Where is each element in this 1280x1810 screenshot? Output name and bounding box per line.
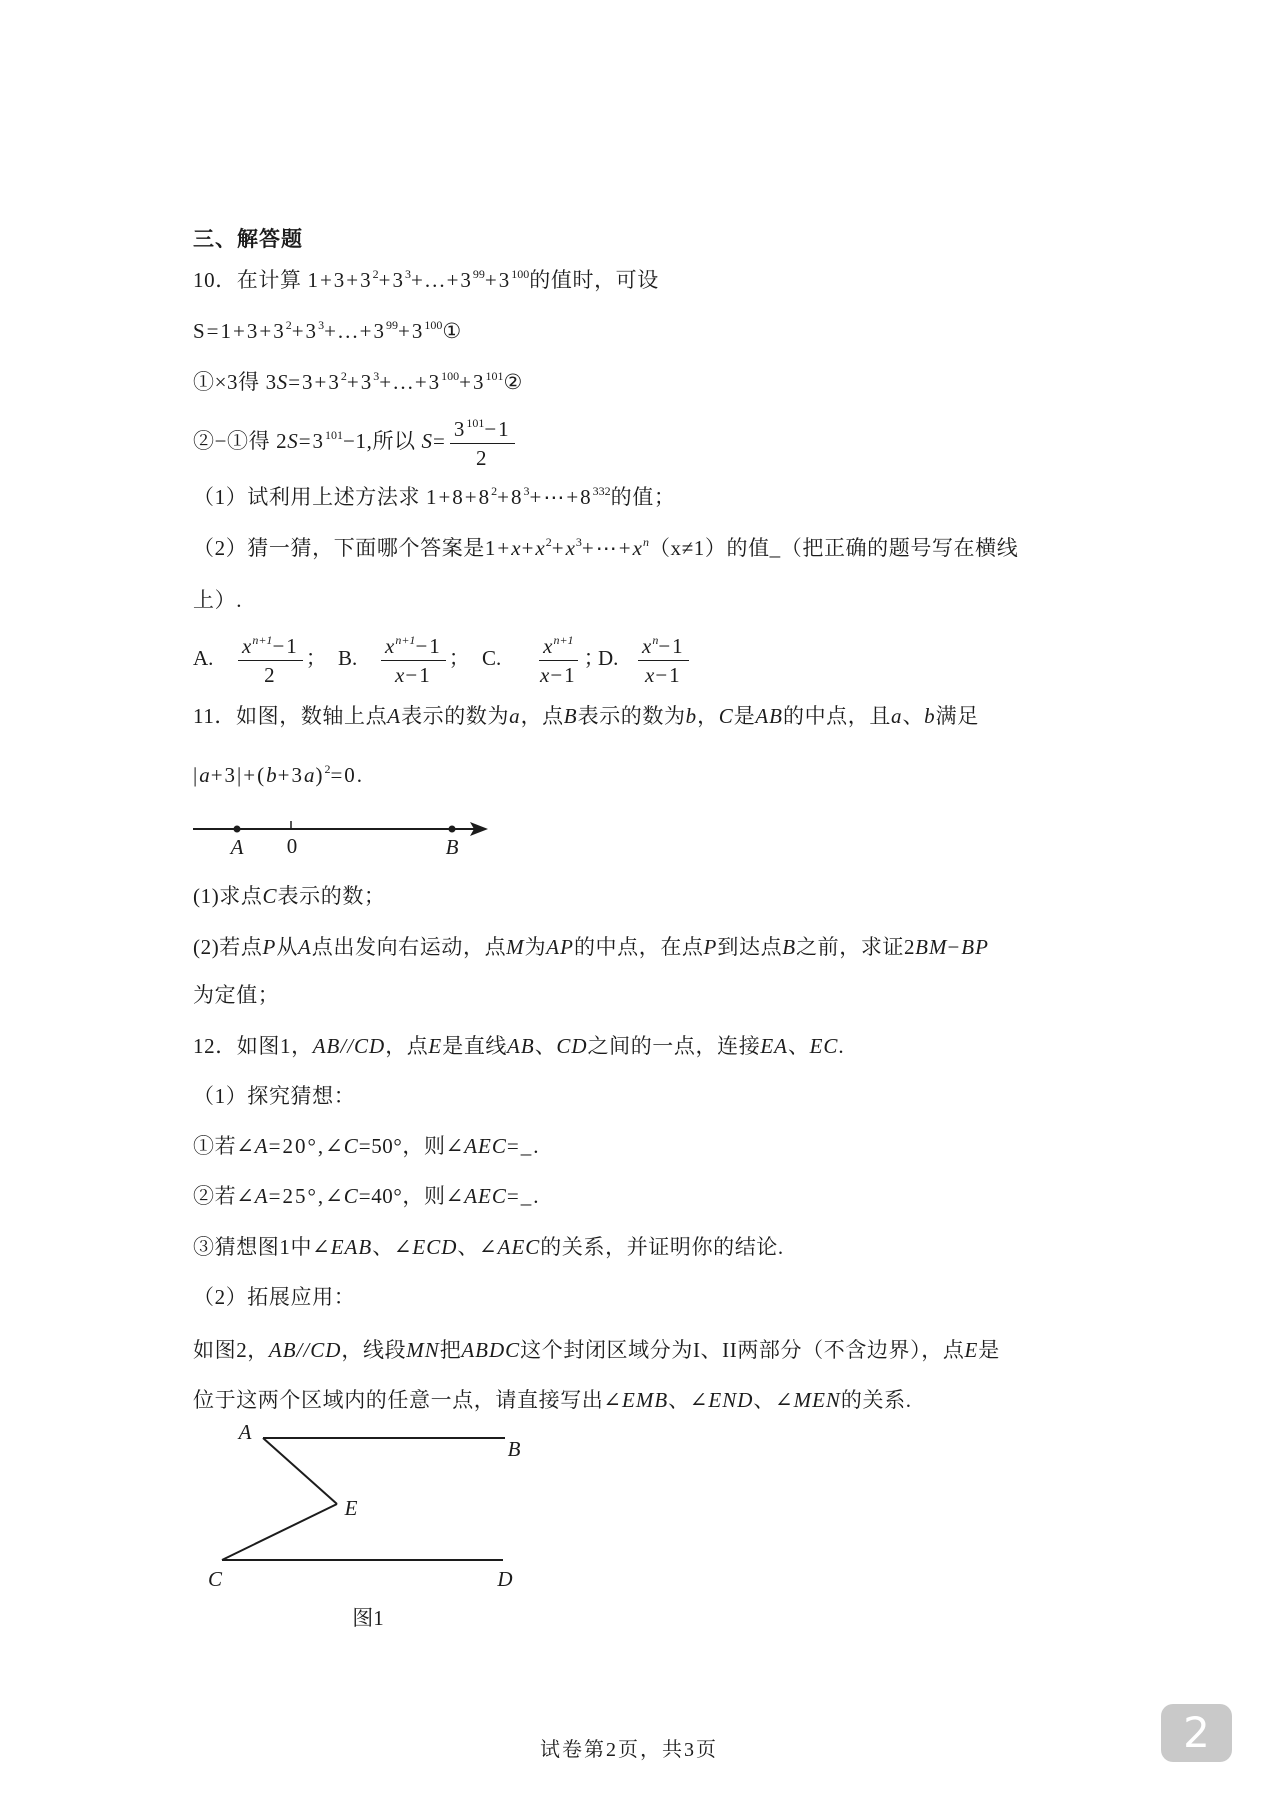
point-b-label: B (446, 835, 459, 859)
math-variable: x (566, 536, 576, 560)
point-a-dot (234, 826, 241, 833)
math-variable: S (422, 429, 434, 453)
fraction-denominator: x−1 (641, 661, 686, 689)
fraction-numerator: xn+1 (539, 632, 577, 661)
text-segment: 点出发向右运动，点 (312, 935, 506, 959)
math-segment: =_. (507, 1184, 541, 1208)
math-segment: −1 (405, 663, 431, 687)
math-segment: +...+3 (324, 319, 386, 343)
label-e: E (344, 1496, 358, 1520)
text-segment: ，线段 (341, 1338, 406, 1362)
text-segment: 12．如图1， (193, 1034, 313, 1058)
option-label: D. (598, 624, 635, 692)
math-variable: x (385, 634, 395, 658)
fraction-numerator: xn−1 (638, 632, 689, 661)
text-segment: 的关系，并证明你的结论. (540, 1235, 783, 1259)
math-segment: +3 (485, 268, 511, 292)
page-number-badge: 2 (1161, 1704, 1232, 1762)
math-variable: ∠A (236, 1184, 268, 1208)
math-variable: b (924, 704, 936, 728)
math-variable: S (287, 429, 299, 453)
math-variable: a (199, 763, 211, 787)
option-label: A. (193, 624, 235, 692)
label-c: C (208, 1567, 223, 1591)
text-segment: =50°，则 (359, 1134, 446, 1158)
math-segment: =0. (330, 763, 364, 787)
math-variable: x (540, 663, 550, 687)
q11-part-1: (1)求点C表示的数； (193, 881, 386, 911)
math-variable: AP (546, 935, 574, 959)
text-segment: . (838, 1034, 844, 1058)
text-segment: 、 (788, 1034, 810, 1058)
q11-intro-line: 11．如图，数轴上点A表示的数为a，点B表示的数为b，C是AB的中点，且a、b满… (193, 701, 979, 731)
option-b: B.xn+1−1x−1； (338, 624, 470, 692)
q11-part-2: (2)若点P从A点出发向右运动，点M为AP的中点，在点P到达点B之前，求证2BM… (193, 932, 989, 962)
math-segment: − (947, 935, 961, 959)
q12-part-2-line-2: 位于这两个区域内的任意一点，请直接写出∠EMB、∠END、∠MEN的关系. (193, 1385, 912, 1415)
math-variable: a (304, 763, 316, 787)
fraction: 3101−12 (450, 415, 515, 472)
q12-part-1-heading: （1）探究猜想： (193, 1081, 355, 1111)
math-variable: x (543, 634, 553, 658)
fraction-numerator: xn+1−1 (238, 632, 303, 661)
text-segment: 表示的数为 (578, 704, 686, 728)
math-variable: a (509, 704, 521, 728)
math-variable: BP (961, 935, 989, 959)
exponent: 99 (473, 267, 485, 281)
exponent: 99 (386, 318, 398, 332)
q10-equation-1: S=1+3+32+33+...+399+3100① (193, 316, 462, 346)
text-segment: （2）猜一猜，下面哪个答案是 (193, 536, 485, 560)
math-variable: B (782, 935, 796, 959)
fraction-numerator: 3101−1 (450, 415, 515, 444)
label-b: B (508, 1437, 521, 1461)
math-segment: =20°, (269, 1134, 326, 1158)
math-variable: M (506, 935, 525, 959)
math-segment: +3 (379, 268, 405, 292)
math-segment: = (433, 429, 447, 453)
math-variable: ∠MEN (775, 1388, 841, 1412)
math-variable: x (645, 663, 655, 687)
math-variable: MN (406, 1338, 440, 1362)
exponent: n+1 (395, 633, 415, 647)
figure-caption: 图1 (352, 1606, 384, 1630)
math-variable: AB (507, 1034, 535, 1058)
math-segment: +...+3 (411, 268, 473, 292)
math-variable: b (686, 704, 698, 728)
text-segment: 位于这两个区域内的任意一点，请直接写出 (193, 1388, 603, 1412)
text-segment: 为定值； (193, 983, 279, 1007)
math-variable: ∠A (236, 1134, 268, 1158)
q12-part-2-heading: （2）拓展应用： (193, 1282, 355, 1312)
math-variable: P (263, 935, 277, 959)
text-segment: 满足 (936, 704, 979, 728)
math-segment: +3 (398, 319, 424, 343)
origin-label: 0 (287, 834, 298, 858)
math-variable: x (633, 536, 643, 560)
math-segment: −1 (415, 634, 441, 658)
option-d: D.xn−1x−1 (598, 624, 692, 692)
text-segment: （1）探究猜想： (193, 1084, 355, 1108)
exponent: 100 (424, 318, 442, 332)
page-footer: 试卷第2页，共3页 (540, 1737, 718, 1763)
option-label: B. (338, 624, 378, 692)
text-segment: ， (697, 704, 719, 728)
text-segment: −1,所以 (343, 429, 421, 453)
math-segment: +⋯+8 (529, 485, 592, 509)
math-variable: E (428, 1034, 442, 1058)
math-segment: +3 (347, 370, 373, 394)
math-segment: −1 (658, 634, 684, 658)
text-segment: （2）拓展应用： (193, 1285, 355, 1309)
text-segment: 、 (753, 1388, 775, 1412)
math-variable: x (242, 634, 252, 658)
math-segment: +3 (278, 763, 304, 787)
math-variable: ∠END (690, 1388, 754, 1412)
math-segment: +...+3 (379, 370, 441, 394)
math-variable: E (964, 1338, 978, 1362)
math-segment: 3 (454, 417, 467, 441)
math-segment: +3 (292, 319, 318, 343)
text-segment: 这个封闭区域分为I、II两部分（不含边界），点 (520, 1338, 964, 1362)
math-variable: A (298, 935, 312, 959)
text-segment: ①若 (193, 1134, 236, 1158)
math-variable: AB (755, 704, 783, 728)
text-segment: （1）试利用上述方法求 (193, 485, 426, 509)
option-c: C.xn+1x−1； (482, 624, 605, 692)
math-variable: x (535, 536, 545, 560)
math-segment: 2 (476, 446, 489, 470)
math-segment: 1+8+8 (426, 485, 491, 509)
text-segment: (2)若点 (193, 935, 263, 959)
math-segment: =3 (299, 429, 325, 453)
text-segment: 之间的一点，连接 (588, 1034, 761, 1058)
math-variable: B (564, 704, 578, 728)
math-segment: +⋯+ (582, 536, 633, 560)
circled-number: ② (504, 370, 523, 394)
math-segment: +3|+( (211, 763, 266, 787)
point-a-label: A (229, 835, 244, 859)
math-variable: ∠C (325, 1184, 359, 1208)
section-heading-text: 三、解答题 (193, 227, 303, 251)
math-variable: S (277, 370, 289, 394)
fraction: xn−1x−1 (638, 632, 689, 689)
text-segment: 把 (440, 1338, 462, 1362)
text-segment: 是直线 (442, 1034, 507, 1058)
option-a: A.xn+1−12； (193, 624, 327, 692)
separator: ； (449, 646, 471, 670)
fraction-denominator: x−1 (391, 661, 436, 689)
math-segment: =25°, (269, 1184, 326, 1208)
exponent: n+1 (252, 633, 272, 647)
math-variable: ∠C (325, 1134, 359, 1158)
math-segment: −1 (550, 663, 576, 687)
math-segment: =3+3 (288, 370, 341, 394)
exponent: n+1 (553, 633, 573, 647)
number-line-figure: A 0 B (180, 805, 510, 865)
math-segment: =_. (507, 1134, 541, 1158)
math-variable: EA (760, 1034, 788, 1058)
math-variable: ∠EMB (603, 1388, 668, 1412)
text-segment: 的关系. (841, 1388, 912, 1412)
q12-subquestion-1: ①若∠A=20°,∠C=50°，则∠AEC=_. (193, 1131, 540, 1161)
text-segment: ，点 (385, 1034, 428, 1058)
q11-condition: |a+3|+(b+3a)2=0. (193, 760, 364, 790)
exponent: 100 (441, 369, 459, 383)
separator: ； (306, 646, 328, 670)
math-variable: a (891, 704, 903, 728)
text-segment: ②若 (193, 1184, 236, 1208)
math-variable: x (511, 536, 521, 560)
math-variable: P (704, 935, 718, 959)
q11-part-2-continued: 为定值； (193, 980, 279, 1010)
math-variable: b (266, 763, 278, 787)
math-segment: 1+ (485, 536, 511, 560)
fraction-numerator: xn+1−1 (381, 632, 446, 661)
text-segment: ，点 (521, 704, 564, 728)
math-variable: CD (556, 1034, 587, 1058)
circled-number: ① (442, 319, 461, 343)
math-variable: BM (915, 935, 947, 959)
text-segment: 表示的数为 (401, 704, 509, 728)
math-variable: C (719, 704, 734, 728)
math-segment: +3 (459, 370, 485, 394)
math-variable: ABDC (461, 1338, 520, 1362)
text-segment: 10．在计算 (193, 268, 307, 292)
text-segment: 、 (535, 1034, 557, 1058)
figure-1: A B E C D 图1 (200, 1415, 540, 1640)
fraction-denominator: 2 (260, 661, 281, 689)
text-segment: ①×3得 3 (193, 370, 277, 394)
text-segment: 如图2， (193, 1338, 269, 1362)
q10-equation-2: ①×3得 3S=3+32+33+...+3100+3101② (193, 367, 523, 397)
text-segment: (1)求点 (193, 884, 263, 908)
text-segment: （x≠1）的值_（把正确的题号写在横线 (649, 536, 1018, 560)
math-variable: AB//CD (269, 1338, 342, 1362)
math-variable: ∠AEC (479, 1235, 540, 1259)
math-segment: + (552, 536, 566, 560)
math-segment: 2 (264, 663, 277, 687)
math-segment: −1 (272, 634, 298, 658)
exponent: 101 (486, 369, 504, 383)
math-segment: −1 (484, 417, 510, 441)
math-segment: −1 (655, 663, 681, 687)
fraction-denominator: x−1 (536, 661, 581, 689)
fraction: xn+1−1x−1 (381, 632, 446, 689)
option-label: C. (482, 624, 533, 692)
math-variable: C (263, 884, 278, 908)
segment-ae (263, 1438, 337, 1504)
text-segment: 是 (734, 704, 756, 728)
segment-ec (222, 1504, 337, 1560)
q10-part-2: （2）猜一猜，下面哪个答案是1+x+x2+x3+⋯+xn（x≠1）的值_（把正确… (193, 533, 1018, 563)
math-variable: ∠AEC (446, 1134, 507, 1158)
text-segment: 到达点 (717, 935, 782, 959)
text-segment: 、 (457, 1235, 479, 1259)
math-segment: 1+3+3 (307, 268, 372, 292)
exponent: 101 (466, 416, 484, 430)
math-variable: x (395, 663, 405, 687)
text-segment: 、 (372, 1235, 394, 1259)
math-variable: x (642, 634, 652, 658)
q12-subquestion-3: ③猜想图1中∠EAB、∠ECD、∠AEC的关系，并证明你的结论. (193, 1232, 784, 1262)
q12-part-2-line-1: 如图2，AB//CD，线段MN把ABDC这个封闭区域分为I、II两部分（不含边界… (193, 1335, 1000, 1365)
math-variable: EC (810, 1034, 839, 1058)
label-a: A (237, 1420, 252, 1444)
text-segment: 为 (525, 935, 547, 959)
q12-intro-line: 12．如图1，AB//CD，点E是直线AB、CD之间的一点，连接EA、EC. (193, 1031, 844, 1061)
math-segment: + (522, 536, 536, 560)
math-variable: ∠AEC (446, 1184, 507, 1208)
q12-subquestion-2: ②若∠A=25°,∠C=40°，则∠AEC=_. (193, 1181, 540, 1211)
text-segment: 的中点，在点 (574, 935, 704, 959)
math-segment: S=1+3+3 (193, 319, 286, 343)
text-segment: 的中点，且 (783, 704, 891, 728)
text-segment: 是 (978, 1338, 1000, 1362)
q10-part-1: （1）试利用上述方法求 1+8+82+83+⋯+8332的值； (193, 482, 675, 512)
text-segment: ③猜想图1中 (193, 1235, 312, 1259)
text-segment: 之前，求证2 (796, 935, 915, 959)
exponent: 332 (593, 484, 611, 498)
point-b-dot (449, 826, 456, 833)
text-segment: 的值时，可设 (529, 268, 659, 292)
section-heading: 三、解答题 (193, 224, 303, 254)
exponent: 101 (325, 428, 343, 442)
label-d: D (496, 1567, 512, 1591)
fraction: xn+1x−1 (536, 632, 581, 689)
fraction-denominator: 2 (472, 444, 493, 472)
q10-answer-options: A.xn+1−12； B.xn+1−1x−1； C.xn+1x−1； D.xn−… (193, 624, 753, 692)
q10-equation-3: ②−①得 2S=3101−1,所以 S=3101−12 (193, 407, 518, 475)
text-segment: =40°，则 (359, 1184, 446, 1208)
math-segment: +8 (497, 485, 523, 509)
q10-part-2-continued: 上）. (193, 585, 242, 615)
math-variable: A (387, 704, 401, 728)
text-segment: 上）. (193, 588, 242, 612)
text-segment: 、 (902, 704, 924, 728)
math-variable: ∠EAB (312, 1235, 372, 1259)
text-segment: 从 (276, 935, 298, 959)
math-variable: ∠ECD (394, 1235, 458, 1259)
q10-intro-line: 10．在计算 1+3+32+33+...+399+3100的值时，可设 (193, 265, 659, 295)
text-segment: 表示的数； (278, 884, 386, 908)
fraction: xn+1−12 (238, 632, 303, 689)
exponent: 100 (511, 267, 529, 281)
math-variable: AB//CD (313, 1034, 386, 1058)
text-segment: 、 (668, 1388, 690, 1412)
text-segment: 的值； (611, 485, 676, 509)
text-segment: 11．如图，数轴上点 (193, 704, 387, 728)
text-segment: ②−①得 2 (193, 429, 287, 453)
